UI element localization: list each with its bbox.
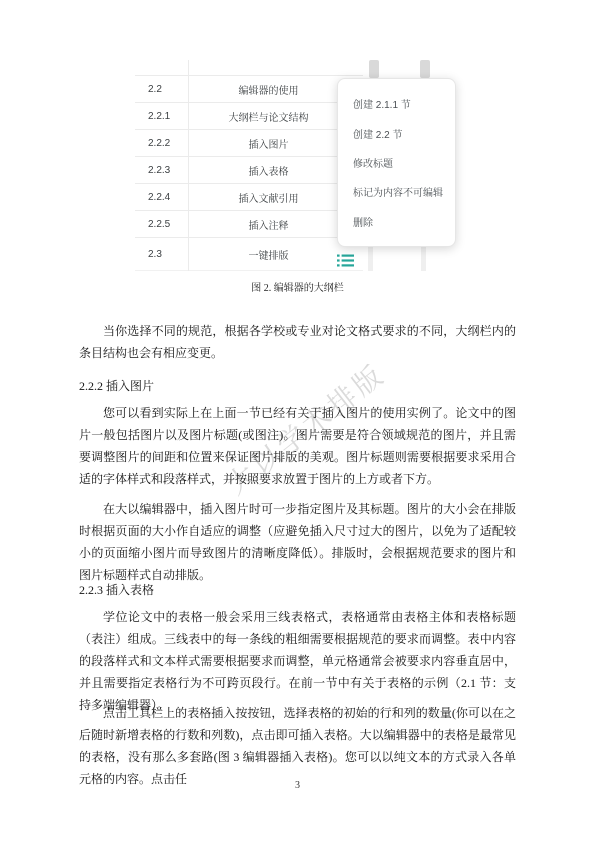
context-menu-item-create-2-1-1: 创建 2.1.1 节 bbox=[338, 89, 455, 118]
outline-row-number: 2.2.4 bbox=[135, 192, 188, 203]
outline-table: 2.2 编辑器的使用 2.2.1 大纲栏与论文结构 2.2.2 插入图片 2.2… bbox=[135, 60, 363, 271]
context-menu: 创建 2.1.1 节 创建 2.2 节 修改标题 标记为内容不可编辑 删除 bbox=[337, 78, 456, 247]
context-menu-item-delete: 删除 bbox=[338, 207, 455, 236]
outline-row: 2.2.5 插入注释 bbox=[135, 211, 363, 238]
outline-row-number: 2.2.5 bbox=[135, 219, 188, 230]
outline-row: 2.2.3 插入表格 bbox=[135, 157, 363, 184]
context-menu-item-mark-readonly: 标记为内容不可编辑 bbox=[338, 177, 455, 206]
outline-row: 2.2.2 插入图片 bbox=[135, 130, 363, 157]
column-divider bbox=[188, 60, 189, 271]
outline-row: 2.3 一键排版 bbox=[135, 238, 363, 271]
figure-outline-screenshot: 2.2 编辑器的使用 2.2.1 大纲栏与论文结构 2.2.2 插入图片 2.2… bbox=[0, 0, 595, 300]
figure-caption: 图 2. 编辑器的大纲栏 bbox=[0, 279, 595, 294]
paragraph-insert-table-1: 学位论文中的表格一般会采用三线表格式，表格通常由表格主体和表格标题（表注）组成。… bbox=[79, 606, 516, 716]
paragraph-insert-image-2: 在大以编辑器中，插入图片时可一步指定图片及其标题。图片的大小会在排版时根据页面的… bbox=[79, 498, 516, 586]
list-icon bbox=[337, 254, 354, 267]
section-heading-2-2-2: 2.2.2 插入图片 bbox=[79, 378, 516, 394]
outline-row-number: 2.2.2 bbox=[135, 138, 188, 149]
outline-row: 2.2.1 大纲栏与论文结构 bbox=[135, 103, 363, 130]
panel-edge-fragment bbox=[368, 247, 373, 271]
page-number: 3 bbox=[0, 780, 595, 791]
scrollbar-fragment bbox=[420, 60, 430, 78]
panel-edge-fragment bbox=[421, 247, 426, 271]
context-menu-item-create-2-2: 创建 2.2 节 bbox=[338, 118, 455, 147]
document-page: 大以学术排版 2.2 编辑器的使用 2.2.1 大纲栏与论文结构 2.2.2 插… bbox=[0, 0, 595, 842]
paragraph-insert-table-2: 点击工具栏上的表格插入按按钮，选择表格的初始的行和列的数量(你可以在之后随时新增… bbox=[79, 702, 516, 790]
paragraph-insert-image-1: 您可以看到实际上在上面一节已经有关于插入图片的使用实例了。论文中的图片一般包括图… bbox=[79, 402, 516, 490]
outline-row: 2.2.4 插入文献引用 bbox=[135, 184, 363, 211]
paragraph-outline-change: 当你选择不同的规范，根据各学校或专业对论文格式要求的不同，大纲栏内的条目结构也会… bbox=[79, 320, 516, 364]
outline-row-number: 2.2 bbox=[135, 84, 188, 95]
section-heading-2-2-3: 2.2.3 插入表格 bbox=[79, 582, 516, 598]
outline-row-number: 2.3 bbox=[135, 249, 188, 260]
outline-row-partial bbox=[135, 60, 363, 76]
outline-row-number: 2.2.3 bbox=[135, 165, 188, 176]
context-menu-item-rename: 修改标题 bbox=[338, 148, 455, 177]
outline-row: 2.2 编辑器的使用 bbox=[135, 76, 363, 103]
scrollbar-fragment bbox=[369, 60, 379, 78]
outline-row-number: 2.2.1 bbox=[135, 111, 188, 122]
